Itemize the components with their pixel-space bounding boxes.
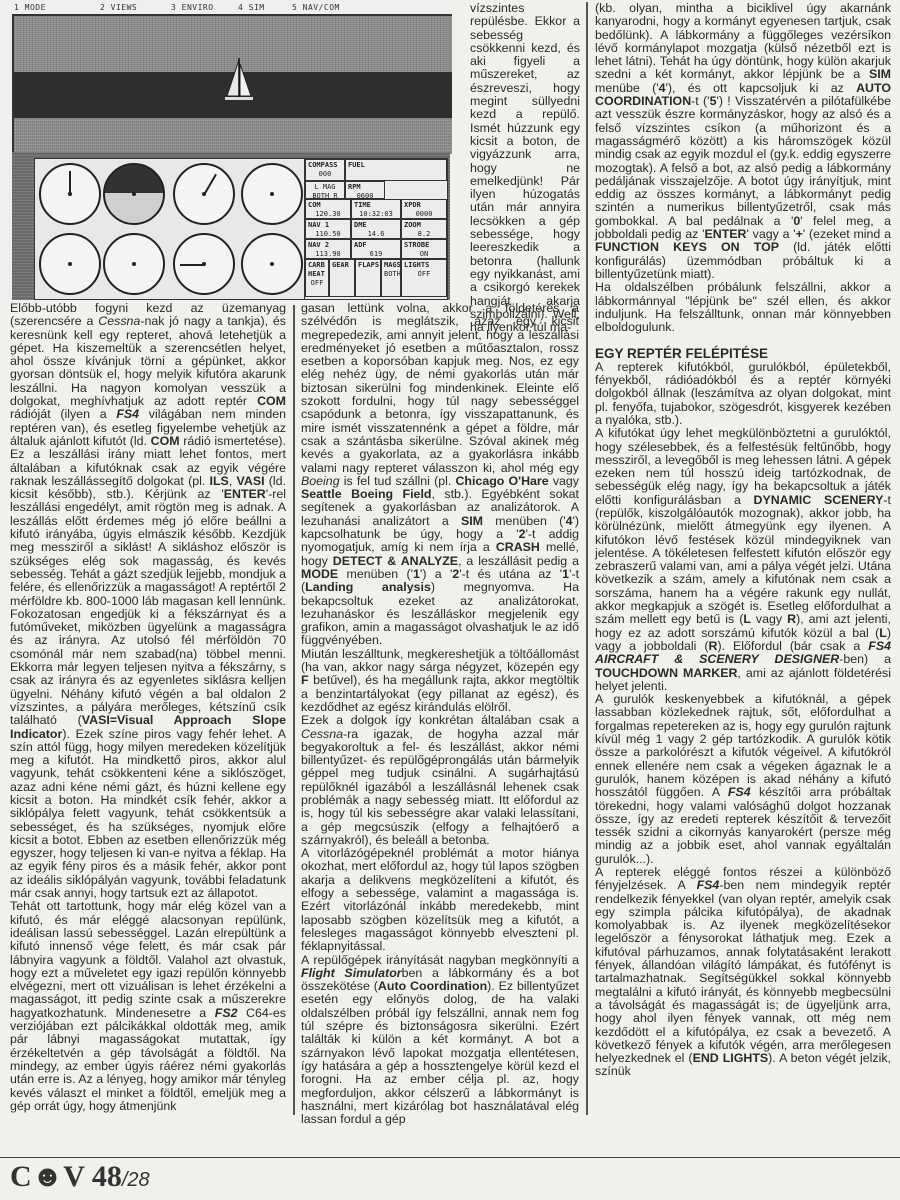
gear-lever: GEAR bbox=[329, 259, 355, 297]
transponder: XPDR 0000 bbox=[401, 199, 447, 219]
menu-sim: 4 SIM bbox=[238, 3, 265, 12]
article-column-2: gasan lettünk volna, akkor a földetérés … bbox=[301, 302, 579, 1126]
attitude-indicator-icon bbox=[103, 163, 165, 225]
carb-heat-switch: CARB HEAT OFF bbox=[305, 259, 329, 297]
magnetos-switch: L MAG BOTH R bbox=[305, 181, 345, 199]
mags-switch: MAGS BOTH bbox=[381, 259, 401, 297]
cockpit-panel: COMPASS 000 FUEL L MAG BOTH R RPM 0600 C… bbox=[12, 152, 450, 300]
zoom-display: ZOOM 8.2 bbox=[401, 219, 447, 239]
nav1-radio: NAV 1 110.50 bbox=[305, 219, 351, 239]
section-heading: EGY REPTÉR FELÉPITÉSE bbox=[595, 347, 891, 360]
col2-paragraph: gasan lettünk volna, akkor a földetérés … bbox=[301, 302, 579, 648]
dme-display: DME 14.6 bbox=[351, 219, 401, 239]
ground bbox=[14, 118, 452, 154]
vertical-speed-indicator-icon bbox=[173, 233, 235, 295]
menu-navcom: 5 NAV/COM bbox=[292, 3, 340, 12]
issue-number: 48 bbox=[92, 1160, 122, 1193]
strobe-switch: STROBE ON bbox=[401, 239, 447, 259]
turn-coordinator-icon bbox=[39, 233, 101, 295]
article-column-2-top: vízszintes repülésbe. Ekkor a sebesség c… bbox=[470, 2, 580, 334]
menu-enviro: 3 ENVIRO bbox=[171, 3, 214, 12]
col2-top-paragraph: vízszintes repülésbe. Ekkor a sebesség c… bbox=[470, 2, 580, 334]
clock-display: TIME 10:32:03 bbox=[351, 199, 401, 219]
instrument-panel bbox=[34, 158, 306, 300]
sailboat-icon bbox=[219, 56, 259, 112]
vor1-indicator-icon bbox=[241, 163, 303, 225]
page-number: /28 bbox=[122, 1169, 150, 1191]
article-column-3: (kb. olyan, mintha a biciklivel úgy akar… bbox=[595, 2, 891, 1079]
col1-paragraph: Tehát ott tartottunk, hogy már elég köze… bbox=[10, 900, 286, 1113]
sim-menu-bar: 1 MODE 2 VIEWS 3 ENVIRO 4 SIM 5 NAV/COM bbox=[14, 2, 450, 14]
section-paragraph: A repterek eléggé fontos részei a különb… bbox=[595, 866, 891, 1079]
radio-stack: COMPASS 000 FUEL L MAG BOTH R RPM 0600 C… bbox=[304, 158, 448, 300]
menu-mode: 1 MODE bbox=[14, 3, 46, 12]
menu-views: 2 VIEWS bbox=[100, 3, 137, 12]
col2-paragraph: Ezek a dolgok így konkrétan általában cs… bbox=[301, 714, 579, 847]
magazine-logo: C☻V bbox=[10, 1160, 84, 1193]
col2-paragraph: A repülőgépek irányítását nagyban megkön… bbox=[301, 954, 579, 1127]
col1-paragraph: Előbb-utóbb fogyni kezd az üzemanyag (sz… bbox=[10, 302, 286, 900]
col2-paragraph: A vitorlázógépeknél problémát a motor hi… bbox=[301, 847, 579, 953]
vor2-indicator-icon bbox=[241, 233, 303, 295]
article-column-1: Előbb-utóbb fogyni kezd az üzemanyag (sz… bbox=[10, 302, 286, 1113]
col3-paragraph: Ha oldalszélben próbálunk felszállni, ak… bbox=[595, 281, 891, 334]
heading-indicator-icon bbox=[103, 233, 165, 295]
col3-paragraph: (kb. olyan, mintha a biciklivel úgy akar… bbox=[595, 2, 891, 281]
com-radio: COM 120.30 bbox=[305, 199, 351, 219]
footer-rule bbox=[0, 1157, 900, 1158]
section-paragraph: A repterek kifutókból, gurulókból, épüle… bbox=[595, 361, 891, 427]
nav2-radio: NAV 2 113.90 bbox=[305, 239, 351, 259]
lights-switch: LIGHTS OFF bbox=[401, 259, 447, 297]
col2-paragraph: Miután leszálltunk, megkereshetjük a töl… bbox=[301, 648, 579, 714]
adf-radio: ADF 619 bbox=[351, 239, 401, 259]
page-footer: C☻V 48/28 bbox=[10, 1160, 150, 1194]
flight-simulator-screenshot: 1 MODE 2 VIEWS 3 ENVIRO 4 SIM 5 NAV/COM bbox=[0, 0, 450, 300]
outside-view bbox=[12, 14, 452, 154]
airspeed-indicator-icon bbox=[39, 163, 101, 225]
flaps-lever: FLAPS bbox=[355, 259, 381, 297]
rpm-display: RPM 0600 bbox=[345, 181, 385, 199]
altimeter-icon bbox=[173, 163, 235, 225]
section-paragraph: A gurulók keskenyebbek a kifutóknál, a g… bbox=[595, 693, 891, 866]
column-divider bbox=[586, 2, 588, 1115]
section-paragraph: A kifutókat úgy lehet megkülönböztetni a… bbox=[595, 427, 891, 693]
compass-display: COMPASS 000 bbox=[305, 159, 345, 181]
fuel-gauge: FUEL bbox=[345, 159, 447, 181]
column-divider bbox=[293, 305, 295, 1115]
